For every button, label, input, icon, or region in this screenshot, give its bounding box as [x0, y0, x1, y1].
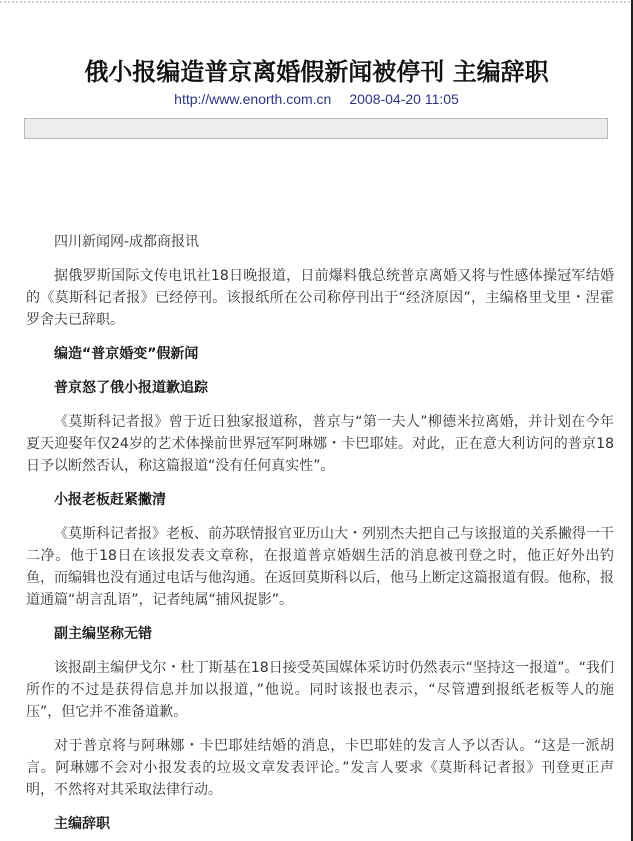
- article-meta: http://www.enorth.com.cn2008-04-20 11:05: [0, 91, 633, 107]
- article-dateline: 四川新闻网-成都商报讯: [26, 231, 614, 253]
- paragraph: 《莫斯科记者报》曾于近日独家报道称，普京与“第一夫人”柳德米拉离婚，并计划在今年…: [26, 411, 614, 477]
- publish-datetime: 2008-04-20 11:05: [349, 91, 459, 107]
- source-url-link[interactable]: http://www.enorth.com.cn: [174, 91, 331, 107]
- article-title: 俄小报编造普京离婚假新闻被停刊 主编辞职: [0, 52, 633, 87]
- top-dotted-border: [0, 1, 630, 3]
- section-heading: 普京怒了俄小报道歉追踪: [26, 377, 614, 399]
- section-heading: 编造“普京婚变”假新闻: [26, 343, 614, 365]
- article-body: 四川新闻网-成都商报讯 据俄罗斯国际文传电讯社18日晚报道，日前爆料俄总统普京离…: [26, 231, 614, 841]
- section-heading: 小报老板赶紧撇清: [26, 489, 614, 511]
- paragraph: 对于普京将与阿琳娜・卡巴耶娃结婚的消息，卡巴耶娃的发言人予以否认。“这是一派胡言…: [26, 735, 614, 801]
- paragraph: 该报副主编伊戈尔・杜丁斯基在18日接受英国媒体采访时仍然表示“坚持这一报道”。“…: [26, 657, 614, 723]
- paragraph: 据俄罗斯国际文传电讯社18日晚报道，日前爆料俄总统普京离婚又将与性感体操冠军结婚…: [26, 265, 614, 331]
- gray-divider-bar: [24, 118, 608, 139]
- section-heading: 主编辞职: [26, 813, 614, 835]
- section-heading: 副主编坚称无错: [26, 623, 614, 645]
- paragraph: 《莫斯科记者报》老板、前苏联情报官亚历山大・列别杰夫把自己与该报道的关系撇得一干…: [26, 523, 614, 611]
